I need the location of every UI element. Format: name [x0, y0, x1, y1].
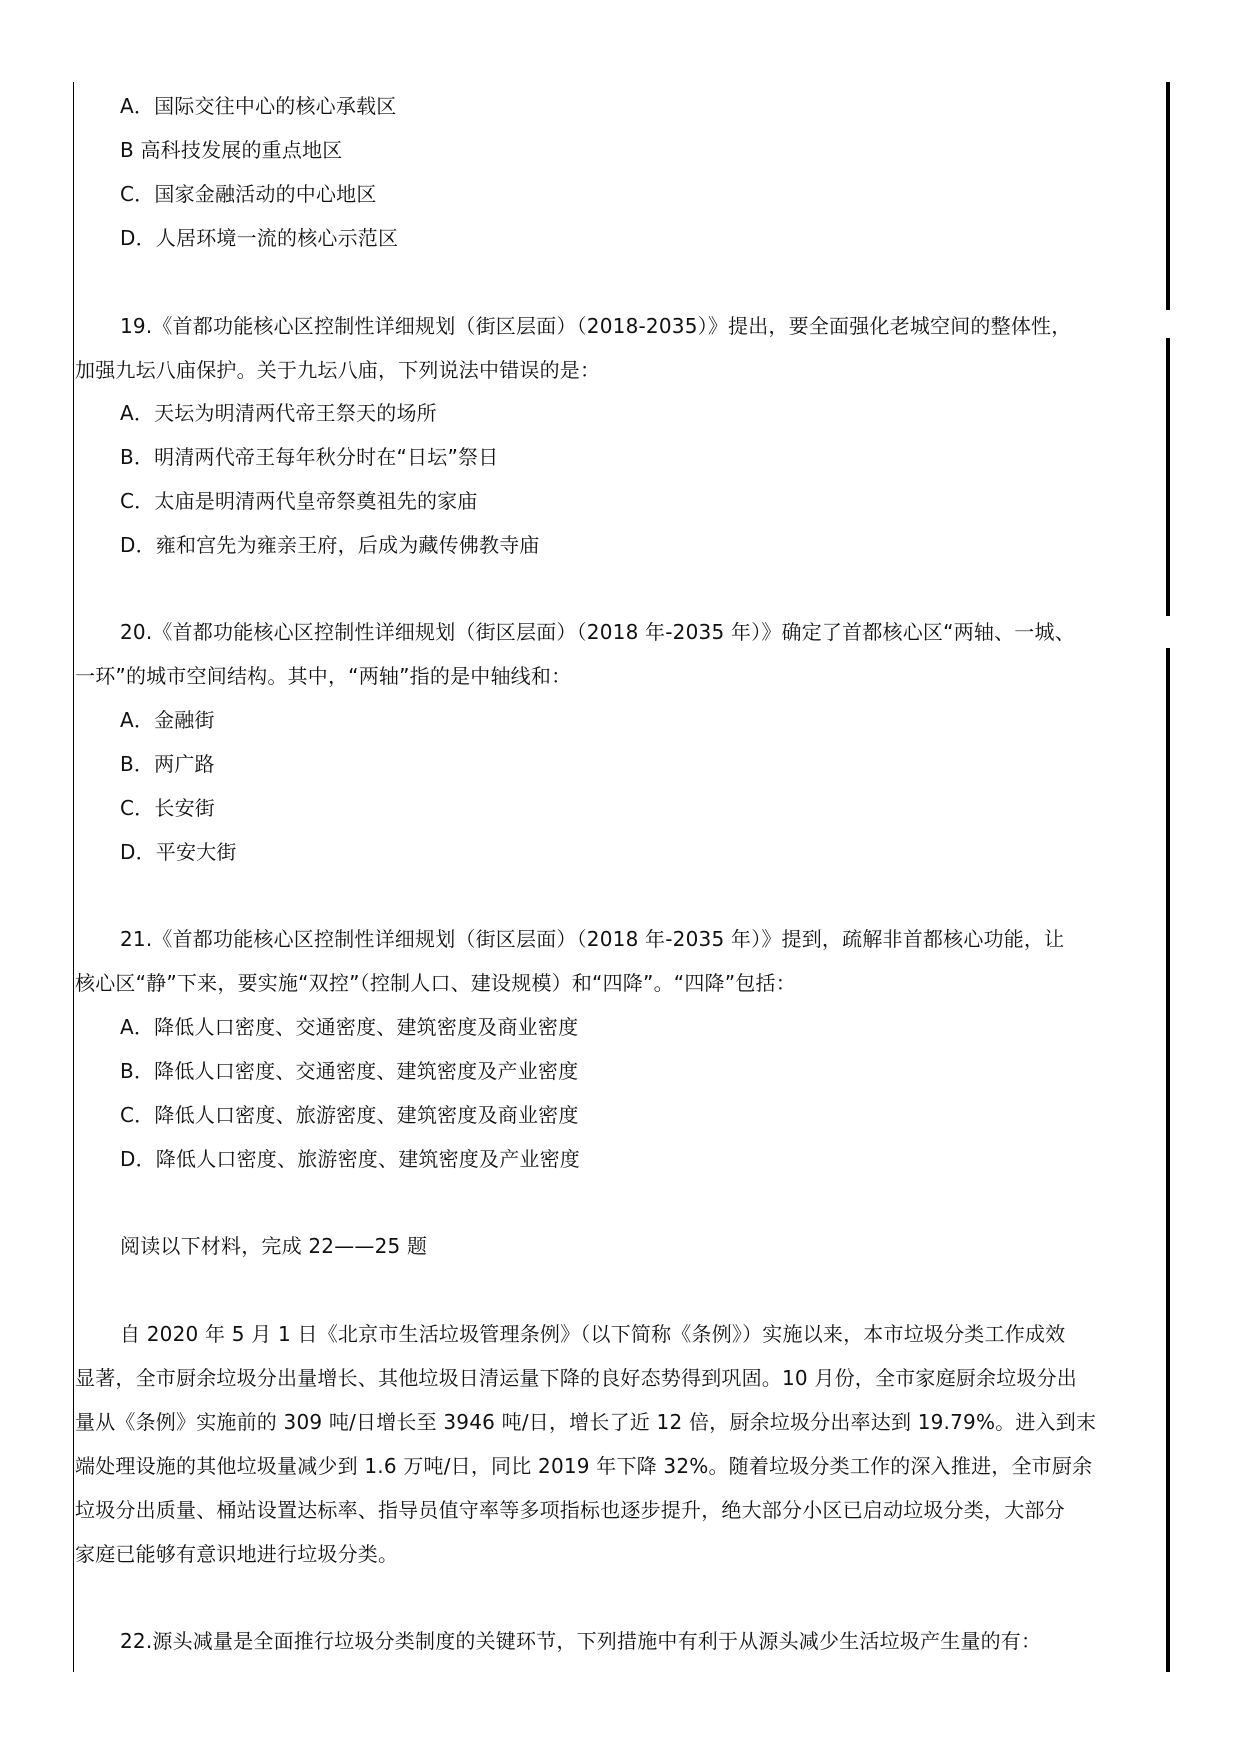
material-line-4: 端处理设施的其他垃圾量减少到 1.6 万吨/日，同比 2019 年下降 32%。…	[75, 1452, 1092, 1480]
q20-option-a: A．金融街	[120, 706, 215, 734]
q19-option-a: A．天坛为明清两代帝王祭天的场所	[120, 399, 437, 427]
q18-option-b: B 高科技发展的重点地区	[120, 136, 342, 164]
left-margin-rule	[73, 82, 74, 1672]
q19-stem-line1: 19.《首都功能核心区控制性详细规划（街区层面）（2018-2035）》提出，要…	[120, 312, 1071, 340]
q18-option-a: A．国际交往中心的核心承载区	[120, 92, 396, 120]
right-margin-rule	[1166, 648, 1170, 1672]
q20-option-b: B．两广路	[120, 750, 215, 778]
q22-stem-line1: 22.源头减量是全面推行垃圾分类制度的关键环节，下列措施中有利于从源头减少生活垃…	[120, 1627, 1041, 1655]
q19-option-d: D．雍和宫先为雍亲王府，后成为藏传佛教寺庙	[120, 531, 540, 559]
material-line-1: 自 2020 年 5 月 1 日《北京市生活垃圾管理条例》（以下简称《条例》）实…	[120, 1320, 1065, 1348]
document-page: A．国际交往中心的核心承载区 B 高科技发展的重点地区 C．国家金融活动的中心地…	[0, 0, 1240, 1754]
q21-option-d: D．降低人口密度、旅游密度、建筑密度及产业密度	[120, 1145, 580, 1173]
q21-stem-line1: 21.《首都功能核心区控制性详细规划（街区层面）（2018 年-2035 年）》…	[120, 925, 1064, 953]
right-margin-rule	[1166, 82, 1170, 310]
q19-option-c: C．太庙是明清两代皇帝祭奠祖先的家庙	[120, 487, 478, 515]
material-line-2: 显著，全市厨余垃圾分出量增长、其他垃圾日清运量下降的良好态势得到巩固。10 月份…	[75, 1364, 1077, 1392]
q18-option-d: D．人居环境一流的核心示范区	[120, 224, 398, 252]
q21-option-b: B．降低人口密度、交通密度、建筑密度及产业密度	[120, 1057, 578, 1085]
q20-stem-line2: 一环”的城市空间结构。其中，“两轴”指的是中轴线和：	[75, 662, 571, 690]
material-line-5: 垃圾分出质量、桶站设置达标率、指导员值守率等多项指标也逐步提升，绝大部分小区已启…	[75, 1496, 1065, 1524]
material-line-6: 家庭已能够有意识地进行垃圾分类。	[75, 1540, 398, 1568]
q20-option-c: C．长安街	[120, 794, 215, 822]
q18-option-c: C．国家金融活动的中心地区	[120, 180, 377, 208]
q21-stem-line2: 核心区“静”下来，要实施“双控”（控制人口、建设规模）和“四降”。“四降”包括：	[75, 969, 796, 997]
reading-intro: 阅读以下材料，完成 22——25 题	[120, 1232, 427, 1260]
q19-stem-line2: 加强九坛八庙保护。关于九坛八庙，下列说法中错误的是：	[75, 356, 600, 384]
material-line-3: 量从《条例》实施前的 309 吨/日增长至 3946 吨/日，增长了近 12 倍…	[75, 1408, 1096, 1436]
q20-option-d: D．平安大街	[120, 838, 237, 866]
right-margin-rule	[1166, 338, 1170, 616]
q21-option-c: C．降低人口密度、旅游密度、建筑密度及商业密度	[120, 1101, 579, 1129]
q20-stem-line1: 20.《首都功能核心区控制性详细规划（街区层面）（2018 年-2035 年）》…	[120, 618, 1075, 646]
q19-option-b: B．明清两代帝王每年秋分时在“日坛”祭日	[120, 443, 498, 471]
q21-option-a: A．降低人口密度、交通密度、建筑密度及商业密度	[120, 1013, 578, 1041]
